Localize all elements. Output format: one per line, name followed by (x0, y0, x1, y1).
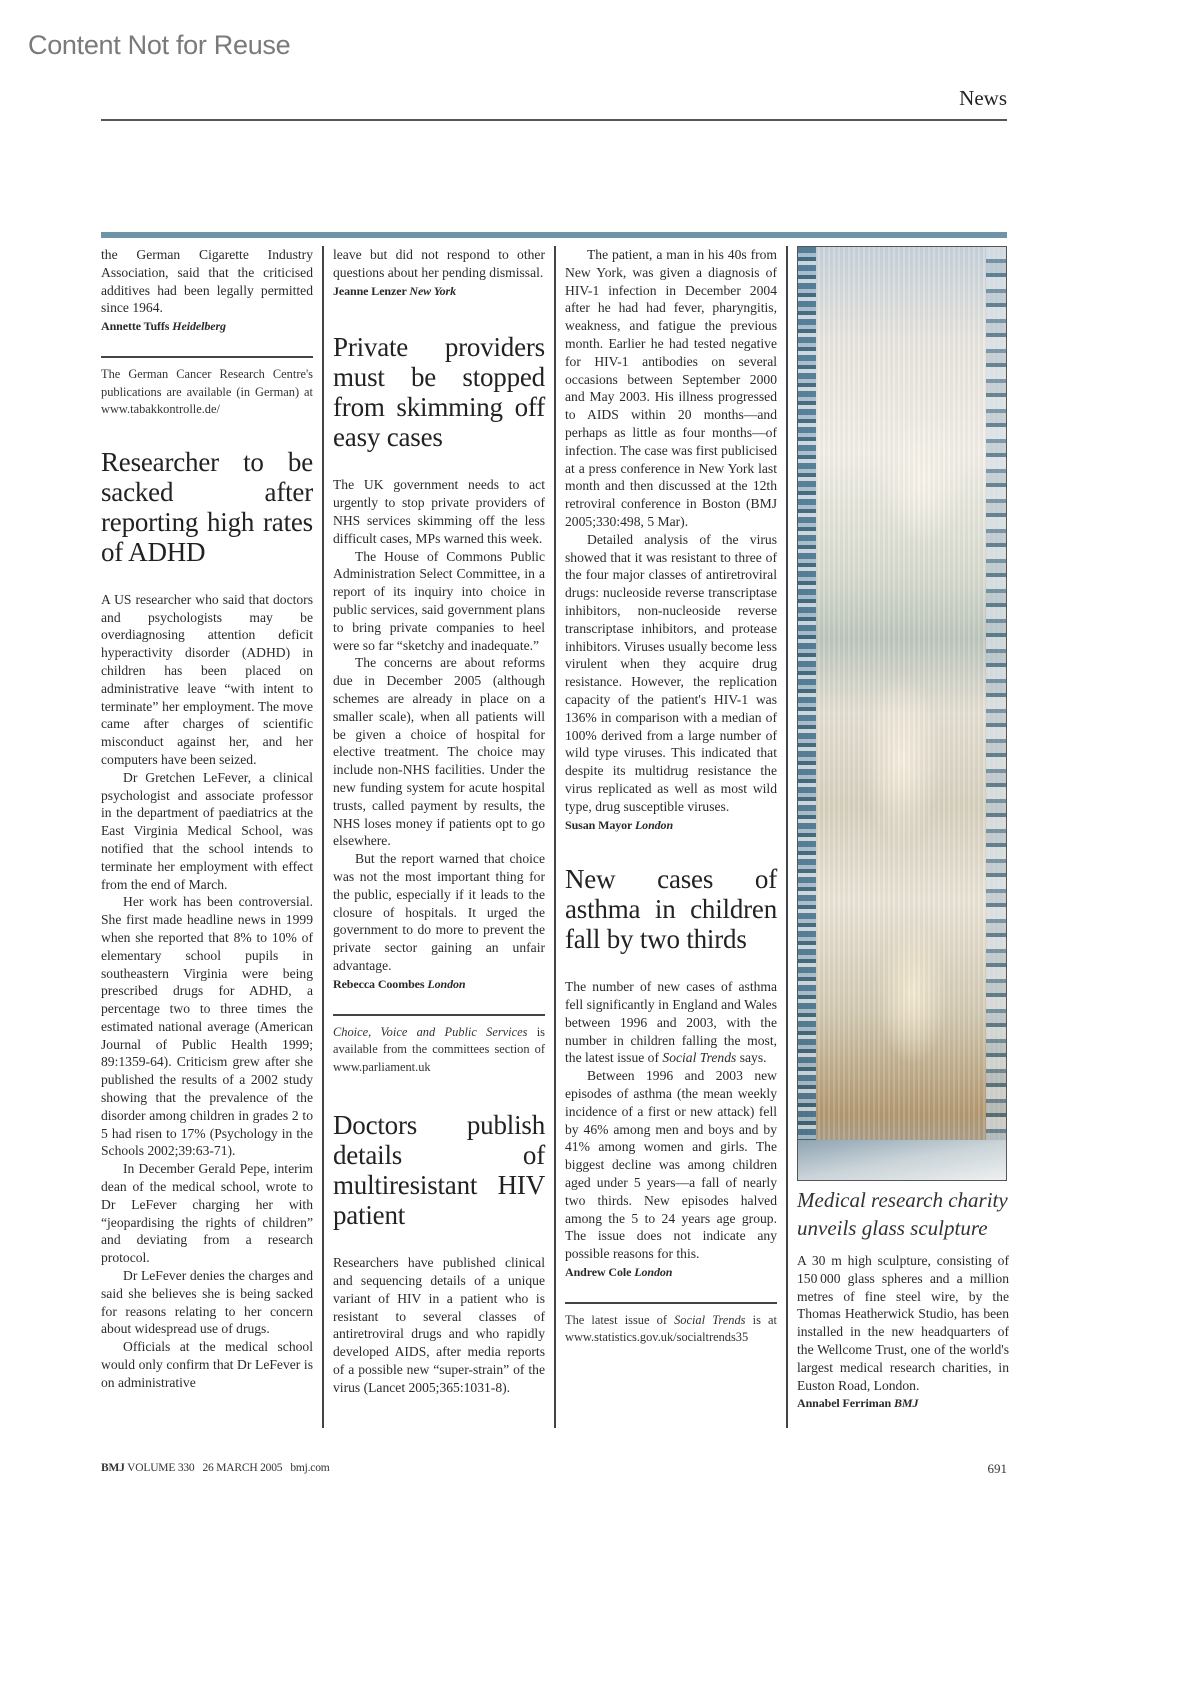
headline-asthma: New cases of asthma in children fall by … (565, 864, 777, 954)
publication-title: Social Trends (674, 1313, 745, 1327)
publication-title: Social Trends (662, 1050, 736, 1065)
header-rule (101, 119, 1007, 121)
caption-text: A 30 m high sculpture, consisting of 150… (797, 1252, 1009, 1394)
byline-name: Annabel Ferriman (797, 1396, 891, 1410)
article-paragraph: Detailed analysis of the virus showed th… (565, 531, 777, 816)
article-paragraph: Dr Gretchen LeFever, a clinical psycholo… (101, 769, 313, 894)
byline-place: New York (409, 284, 456, 298)
article-paragraph: The House of Commons Public Administrati… (333, 548, 545, 655)
byline: Rebecca Coombes London (333, 976, 545, 994)
journal-name: BMJ (101, 1462, 125, 1474)
page-number: 691 (988, 1461, 1008, 1477)
web-note: The German Cancer Research Centre's publ… (101, 366, 313, 419)
accent-bar (101, 232, 1007, 238)
byline-name: Annette Tuffs (101, 319, 169, 333)
article-paragraph: The patient, a man in his 40s from New Y… (565, 246, 777, 531)
article-paragraph: Her work has been controversial. She fir… (101, 893, 313, 1160)
article-paragraph: Dr LeFever denies the charges and said s… (101, 1267, 313, 1338)
note-rule (565, 1302, 777, 1304)
byline: Annabel Ferriman BMJ (797, 1395, 1009, 1413)
text-run: The latest issue of (565, 1313, 674, 1327)
footer-citation: BMJ VOLUME 330 26 MARCH 2005 bmj.com (101, 1462, 330, 1474)
photo-caption-title: Medical research charity unveils glass s… (797, 1186, 1012, 1242)
photo-texture (798, 247, 1006, 1180)
continued-text: the German Cigarette Industry Associatio… (101, 246, 313, 317)
byline: Annette Tuffs Heidelberg (101, 318, 313, 336)
article-paragraph: In December Gerald Pepe, interim dean of… (101, 1160, 313, 1267)
column-1: the German Cigarette Industry Associatio… (101, 246, 313, 1392)
photo-building-left (798, 247, 816, 1180)
article-paragraph: Researchers have published clinical and … (333, 1254, 545, 1396)
watermark: Content Not for Reuse (28, 30, 290, 61)
text-run: says. (736, 1050, 766, 1065)
byline: Jeanne Lenzer New York (333, 283, 545, 301)
column-divider (322, 246, 324, 1428)
column-divider (554, 246, 556, 1428)
byline: Susan Mayor London (565, 817, 777, 835)
article-paragraph: But the report warned that choice was no… (333, 850, 545, 975)
article-paragraph: A US researcher who said that doctors an… (101, 591, 313, 769)
byline-name: Jeanne Lenzer (333, 284, 406, 298)
byline-place: London (635, 818, 673, 832)
headline-adhd: Researcher to be sacked after reporting … (101, 447, 313, 567)
photo-floor (798, 1140, 1006, 1180)
byline-place: London (634, 1265, 672, 1279)
web-note: Choice, Voice and Public Services is ava… (333, 1024, 545, 1077)
article-paragraph: Between 1996 and 2003 new episodes of as… (565, 1067, 777, 1263)
issue-info: VOLUME 330 26 MARCH 2005 bmj.com (127, 1462, 329, 1474)
photo-building-right (986, 247, 1006, 1180)
section-label: News (959, 86, 1007, 111)
note-rule (101, 356, 313, 358)
web-note: The latest issue of Social Trends is at … (565, 1312, 777, 1347)
article-paragraph: The UK government needs to act urgently … (333, 476, 545, 547)
byline-name: Rebecca Coombes (333, 977, 424, 991)
byline-place: London (427, 977, 465, 991)
byline-place: Heidelberg (172, 319, 226, 333)
headline-hiv: Doctors publish details of multiresistan… (333, 1110, 545, 1230)
headline-private-providers: Private providers must be stopped from s… (333, 332, 545, 452)
column-3: The patient, a man in his 40s from New Y… (565, 246, 777, 1347)
byline-name: Andrew Cole (565, 1265, 631, 1279)
byline-name: Susan Mayor (565, 818, 632, 832)
article-paragraph: Officials at the medical school would on… (101, 1338, 313, 1391)
photo-caption: A 30 m high sculpture, consisting of 150… (797, 1252, 1009, 1413)
byline-place: BMJ (894, 1396, 918, 1410)
report-title: Choice, Voice and Public Services (333, 1025, 527, 1039)
glass-sculpture-photo (797, 246, 1007, 1181)
article-paragraph: The concerns are about reforms due in De… (333, 654, 545, 850)
column-divider (786, 246, 788, 1428)
continued-text: leave but did not respond to other quest… (333, 246, 545, 282)
byline: Andrew Cole London (565, 1264, 777, 1282)
article-paragraph: The number of new cases of asthma fell s… (565, 978, 777, 1067)
column-2: leave but did not respond to other quest… (333, 246, 545, 1397)
note-rule (333, 1014, 545, 1016)
